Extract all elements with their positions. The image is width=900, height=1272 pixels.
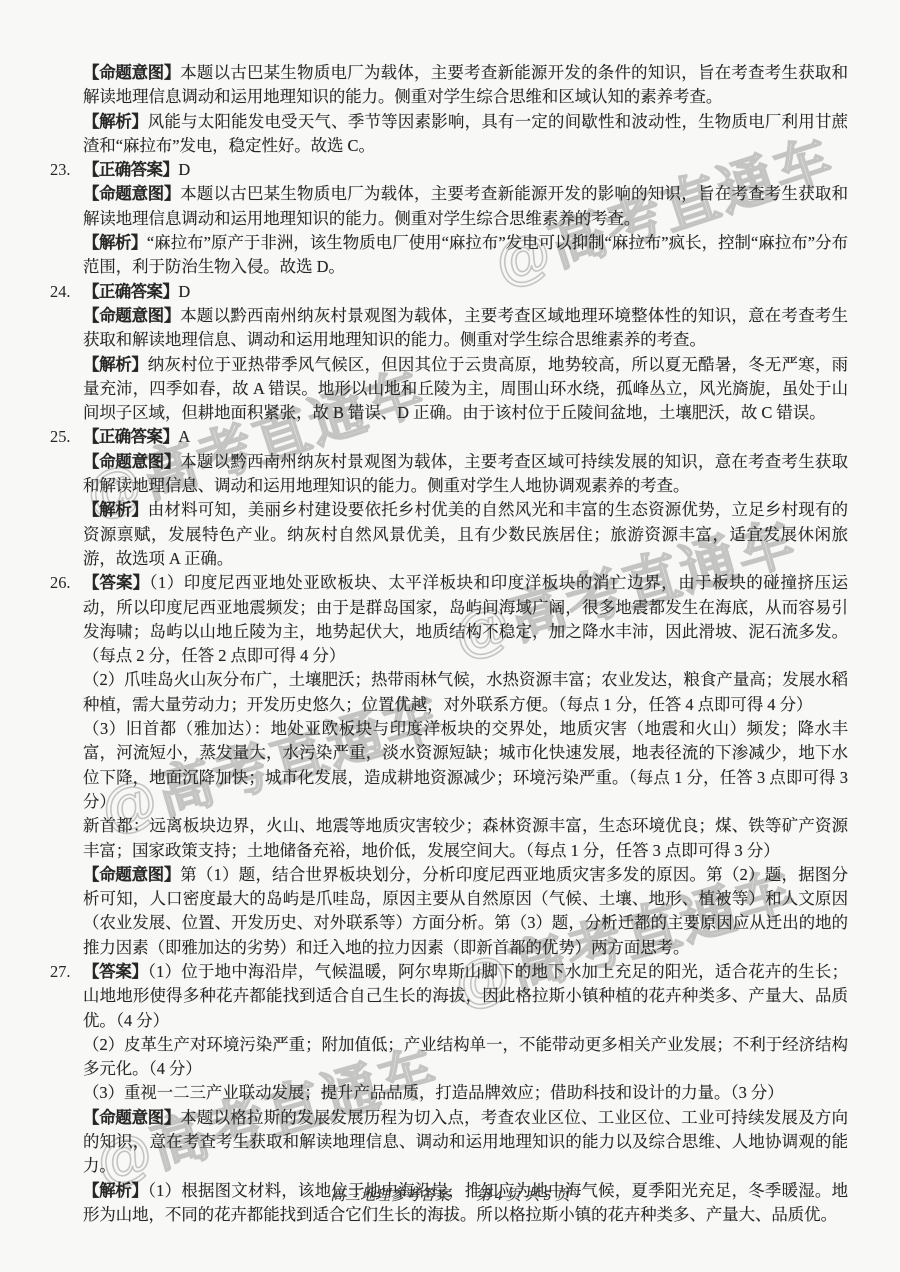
paragraph-text: （1）位于地中海沿岸，气候温暖，阿尔卑斯山脚下的地下水加上充足的阳光，适合花卉的… xyxy=(83,962,848,1030)
paragraph-tag: 【答案】 xyxy=(83,963,148,981)
paragraph-text: （3）重视一二三产业联动发展；提升产品品质，打造品牌效应；借助科技和设计的力量。… xyxy=(83,1083,784,1102)
paragraph-tag: 【正确答案】 xyxy=(83,283,178,301)
paragraph-text: “麻拉布”原产于非洲，该生物质电厂使用“麻拉布”发电可以抑制“麻拉布”疯长，控制… xyxy=(83,233,848,276)
answer-paragraph: 【正确答案】D xyxy=(83,280,848,304)
paragraph-text: 由材料可知，美丽乡村建设要依托乡村优美的自然风光和丰富的生态资源优势，立足乡村现… xyxy=(83,500,848,568)
paragraph-text: （2）爪哇岛火山灰分布广，土壤肥沃；热带雨林气候，水热资源丰富；农业发达，粮食产… xyxy=(83,670,848,713)
footer-doc-title: 高三地理参考答案 xyxy=(330,1188,450,1204)
exam-answer-sheet-page: @高考直通车@高考直通车@高考直通车@高考直通车@高考直通车@高考直通车 【命题… xyxy=(0,0,900,1272)
answer-paragraph: 【解析】由材料可知，美丽乡村建设要依托乡村优美的自然风光和丰富的生态资源优势，立… xyxy=(83,498,848,571)
answer-paragraph: 【命题意图】本题以黔西南州纳灰村景观图为载体，主要考查区域地理环境整体性的知识，… xyxy=(83,304,848,353)
paragraph-tag: 【命题意图】 xyxy=(83,866,180,884)
answer-paragraph: 【正确答案】D xyxy=(83,158,848,182)
paragraph-text: 纳灰村位于亚热带季风气候区，但因其位于云贵高原，地势较高，所以夏无酷暑，冬无严寒… xyxy=(83,355,848,423)
answer-paragraph: 【解析】纳灰村位于亚热带季风气候区，但因其位于云贵高原，地势较高，所以夏无酷暑，… xyxy=(83,353,848,426)
paragraph-text: 本题以黔西南州纳灰村景观图为载体，主要考查区域地理环境整体性的知识，意在考查考生… xyxy=(83,306,848,349)
paragraph-text: A xyxy=(178,427,190,446)
paragraph-tag: 【解析】 xyxy=(83,501,148,519)
page-footer: 高三地理参考答案第 4 页 共 5 页 xyxy=(0,1184,900,1205)
paragraph-text: 本题以古巴某生物质电厂为载体，主要考查新能源开发的影响的知识，旨在考查考生获取和… xyxy=(83,184,848,227)
paragraph-tag: 【命题意图】 xyxy=(83,1109,180,1127)
answer-paragraph: 【答案】（1）位于地中海沿岸，气候温暖，阿尔卑斯山脚下的地下水加上充足的阳光，适… xyxy=(83,960,848,1033)
answer-block: 24.【正确答案】D【命题意图】本题以黔西南州纳灰村景观图为载体，主要考查区域地… xyxy=(50,280,848,426)
question-number: 25. xyxy=(50,425,71,449)
paragraph-text: 第（1）题，结合世界板块划分，分析印度尼西亚地质灾害多发的原因。第（2）题，据图… xyxy=(83,865,848,957)
question-number: 23. xyxy=(50,158,71,182)
paragraph-text: 本题以格拉斯的发展发展历程为切入点，考查农业区位、工业区位、工业可持续发展及方向… xyxy=(83,1108,848,1176)
answer-paragraph: 【命题意图】本题以古巴某生物质电厂为载体，主要考查新能源开发的条件的知识，旨在考… xyxy=(83,61,848,110)
answer-paragraph: 【命题意图】本题以格拉斯的发展发展历程为切入点，考查农业区位、工业区位、工业可持… xyxy=(83,1106,848,1179)
question-number: 24. xyxy=(50,280,71,304)
answer-block: 26.【答案】（1）印度尼西亚地处亚欧板块、太平洋板块和印度洋板块的消亡边界，由… xyxy=(50,571,848,960)
paragraph-tag: 【解析】 xyxy=(83,234,147,252)
answer-paragraph: 【命题意图】本题以黔西南州纳灰村景观图为载体，主要考查区域可持续发展的知识，意在… xyxy=(83,450,848,499)
paragraph-text: （3）旧首都（雅加达）：地处亚欧板块与印度洋板块的交界处，地质灾害（地震和火山）… xyxy=(83,719,848,811)
paragraph-tag: 【正确答案】 xyxy=(83,161,178,179)
paragraph-tag: 【命题意图】 xyxy=(83,453,180,471)
paragraph-text: 风能与太阳能发电受天气、季节等因素影响，具有一定的间歇性和波动性，生物质电厂利用… xyxy=(83,112,848,155)
answer-paragraph: 【答案】（1）印度尼西亚地处亚欧板块、太平洋板块和印度洋板块的消亡边界，由于板块… xyxy=(83,571,848,668)
answer-block: 25.【正确答案】A【命题意图】本题以黔西南州纳灰村景观图为载体，主要考查区域可… xyxy=(50,425,848,571)
paragraph-text: D xyxy=(178,160,190,179)
answer-paragraph: （3）重视一二三产业联动发展；提升产品品质，打造品牌效应；借助科技和设计的力量。… xyxy=(83,1081,848,1105)
footer-page-indicator: 第 4 页 共 5 页 xyxy=(476,1188,570,1204)
answer-list: 【命题意图】本题以古巴某生物质电厂为载体，主要考查新能源开发的条件的知识，旨在考… xyxy=(50,61,848,1227)
question-number: 26. xyxy=(50,571,71,595)
paragraph-text: D xyxy=(178,282,190,301)
answer-block: 23.【正确答案】D【命题意图】本题以古巴某生物质电厂为载体，主要考查新能源开发… xyxy=(50,158,848,279)
paragraph-tag: 【答案】 xyxy=(83,574,149,592)
paragraph-text: 本题以黔西南州纳灰村景观图为载体，主要考查区域可持续发展的知识，意在考查考生获取… xyxy=(83,452,848,495)
answer-paragraph: 【解析】“麻拉布”原产于非洲，该生物质电厂使用“麻拉布”发电可以抑制“麻拉布”疯… xyxy=(83,231,848,280)
paragraph-tag: 【命题意图】 xyxy=(83,307,180,325)
answer-paragraph: （3）旧首都（雅加达）：地处亚欧板块与印度洋板块的交界处，地质灾害（地震和火山）… xyxy=(83,717,848,814)
answer-paragraph: 【解析】风能与太阳能发电受天气、季节等因素影响，具有一定的间歇性和波动性，生物质… xyxy=(83,110,848,159)
answer-paragraph: 【命题意图】第（1）题，结合世界板块划分，分析印度尼西亚地质灾害多发的原因。第（… xyxy=(83,863,848,960)
answer-paragraph: 新首都：远离板块边界，火山、地震等地质灾害较少；森林资源丰富，生态环境优良；煤、… xyxy=(83,814,848,863)
paragraph-text: （2）皮革生产对环境污染严重；附加值低；产业结构单一，不能带动更多相关产业发展；… xyxy=(83,1035,848,1078)
answer-block: 【命题意图】本题以古巴某生物质电厂为载体，主要考查新能源开发的条件的知识，旨在考… xyxy=(50,61,848,158)
paragraph-text: 新首都：远离板块边界，火山、地震等地质灾害较少；森林资源丰富，生态环境优良；煤、… xyxy=(83,816,848,859)
answer-paragraph: （2）皮革生产对环境污染严重；附加值低；产业结构单一，不能带动更多相关产业发展；… xyxy=(83,1033,848,1082)
paragraph-tag: 【命题意图】 xyxy=(83,64,180,82)
paragraph-tag: 【解析】 xyxy=(83,356,148,374)
answer-paragraph: 【命题意图】本题以古巴某生物质电厂为载体，主要考查新能源开发的影响的知识，旨在考… xyxy=(83,182,848,231)
question-number: 27. xyxy=(50,960,71,984)
paragraph-text: 本题以古巴某生物质电厂为载体，主要考查新能源开发的条件的知识，旨在考查考生获取和… xyxy=(83,63,848,106)
answer-paragraph: （2）爪哇岛火山灰分布广，土壤肥沃；热带雨林气候，水热资源丰富；农业发达，粮食产… xyxy=(83,668,848,717)
paragraph-text: （1）印度尼西亚地处亚欧板块、太平洋板块和印度洋板块的消亡边界，由于板块的碰撞挤… xyxy=(83,573,848,665)
paragraph-tag: 【命题意图】 xyxy=(83,185,180,203)
paragraph-tag: 【正确答案】 xyxy=(83,428,178,446)
paragraph-tag: 【解析】 xyxy=(83,113,148,131)
answer-paragraph: 【正确答案】A xyxy=(83,425,848,449)
